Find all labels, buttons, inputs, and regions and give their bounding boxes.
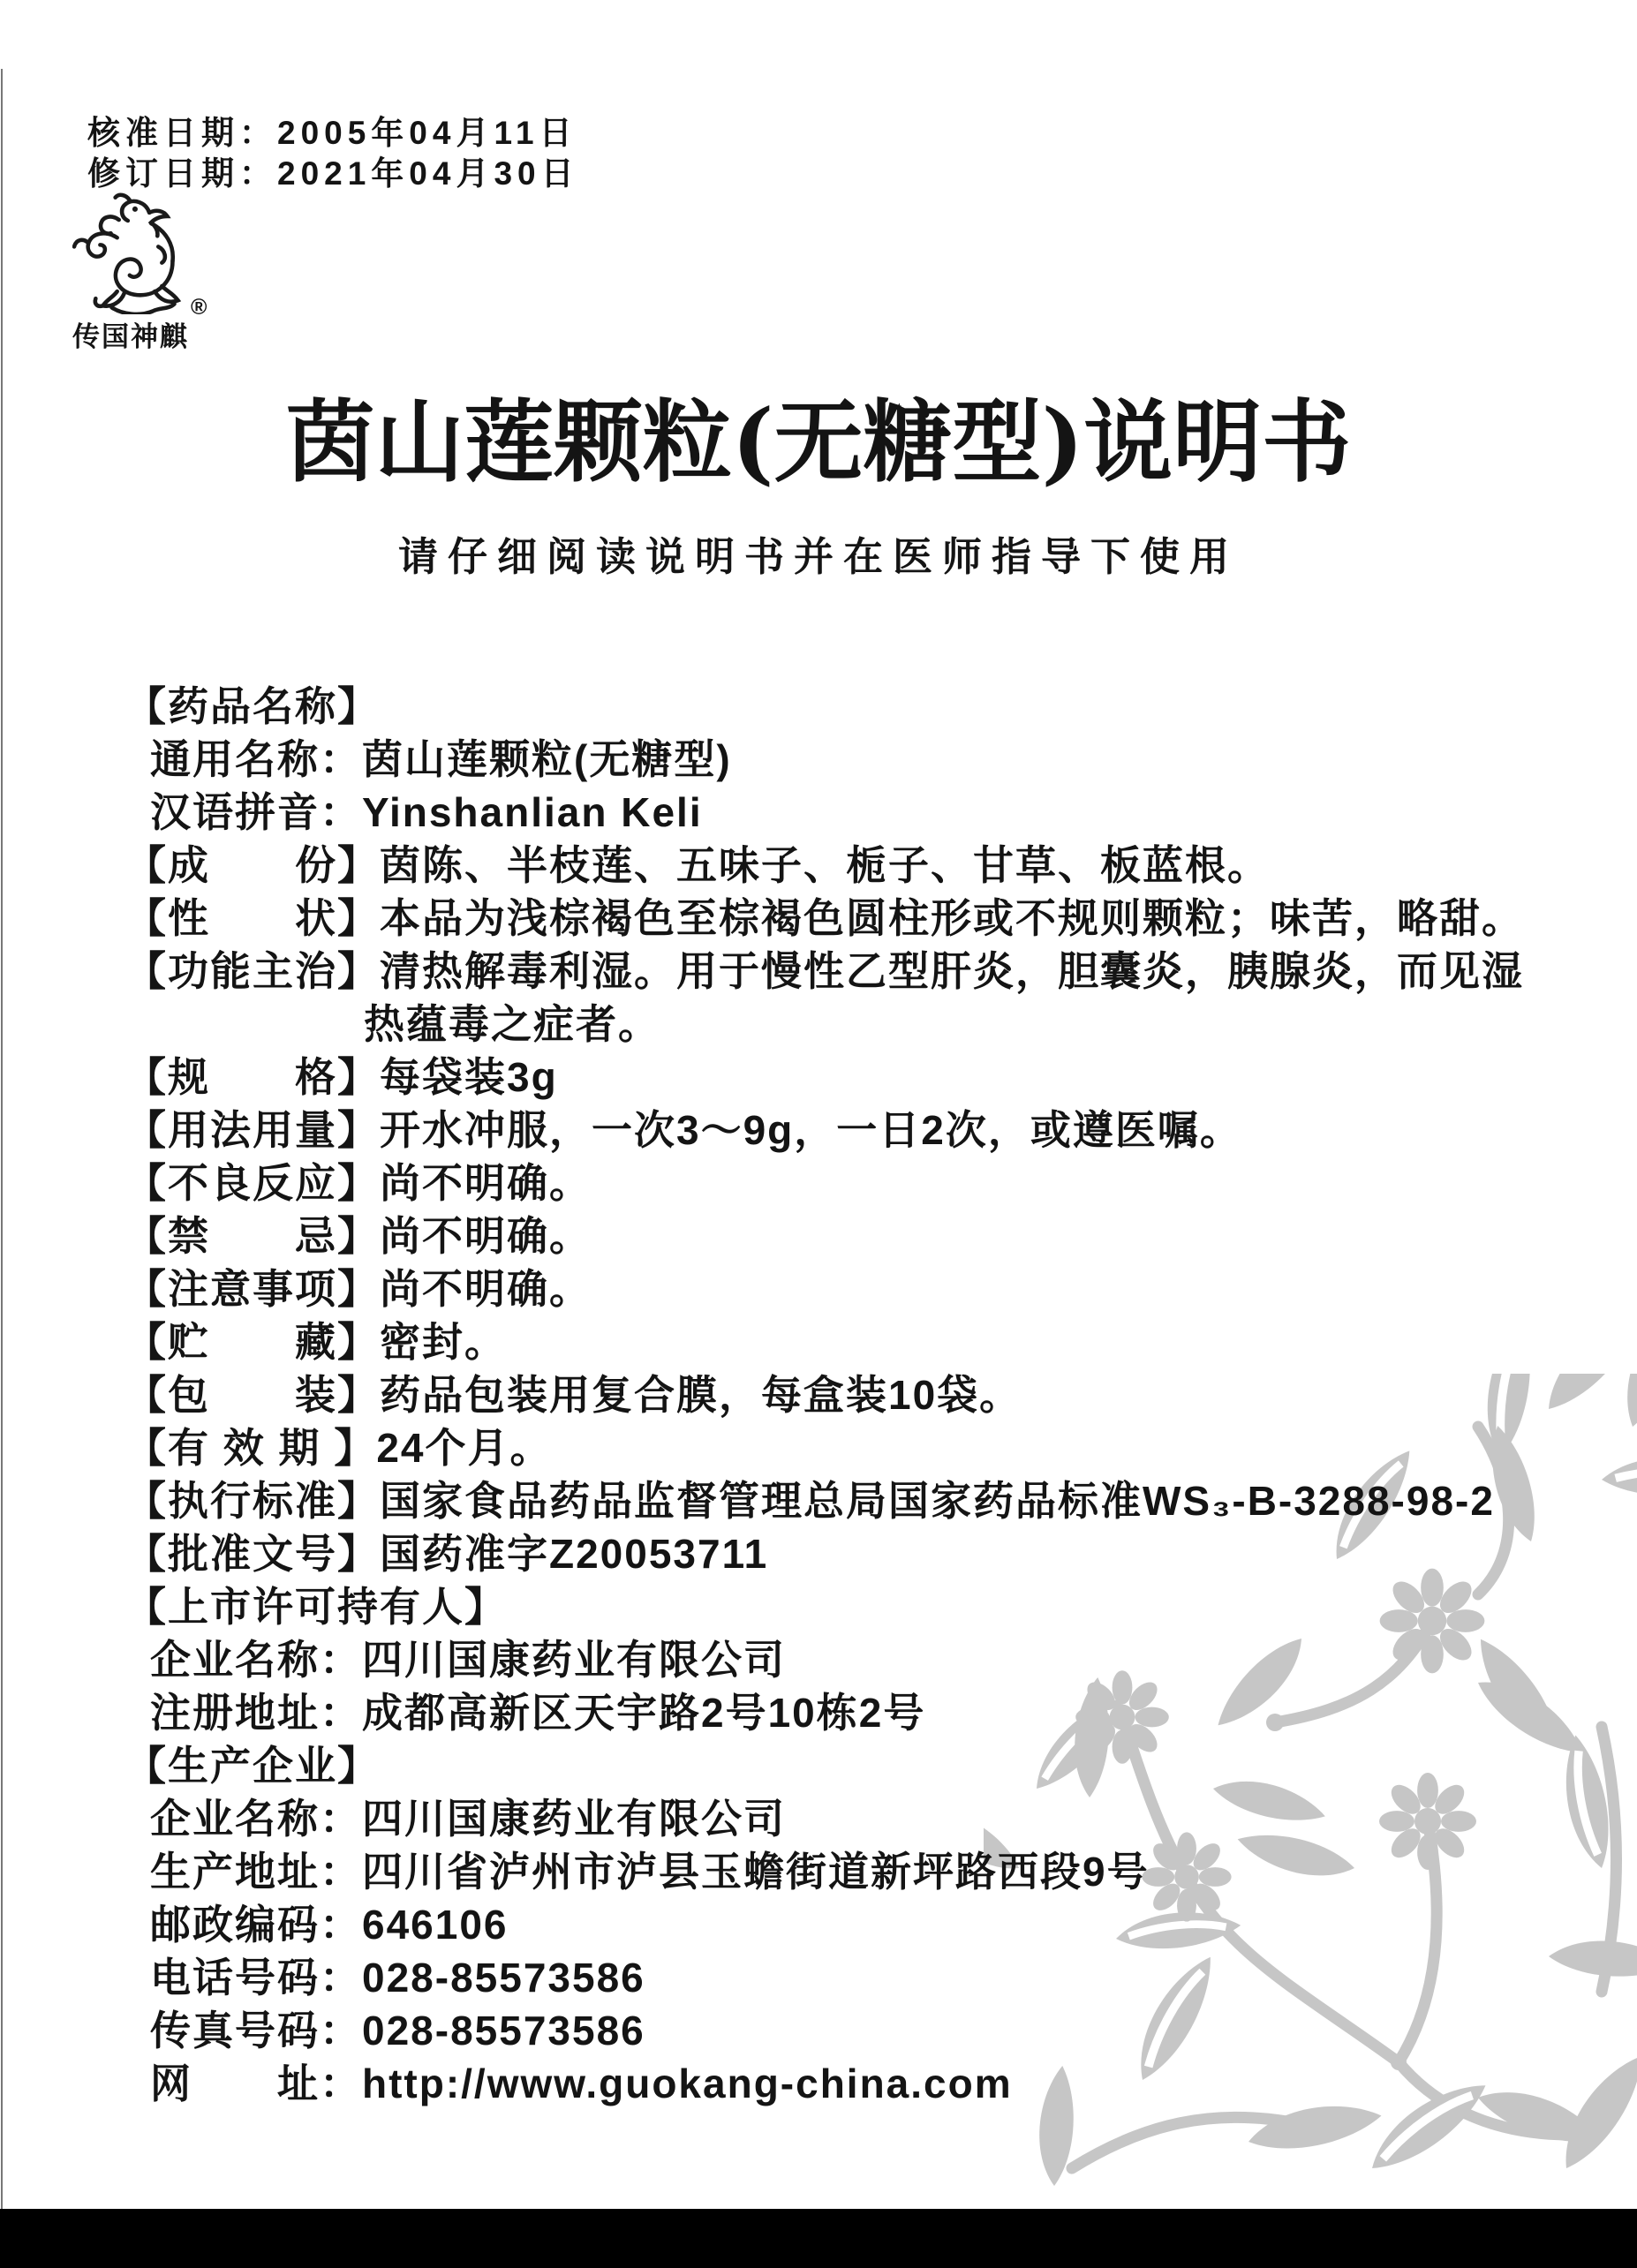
field-value: Yinshanlian Keli [362,789,703,835]
leaflet-line: 【禁 忌】尚不明确。 [0,1209,1637,1262]
field-label: 注册地址： [150,1690,362,1736]
field-label: 【包 装】 [125,1372,380,1418]
leaflet-line: 【生产企业】 [0,1739,1637,1792]
field-label: 【规 格】 [125,1054,380,1100]
field-value: 028-85573586 [362,2008,645,2053]
field-value: 四川国康药业有限公司 [362,1796,786,1842]
field-label: 【性 状】 [125,895,380,941]
revision-date: 修订日期：2021年04月30日 [87,154,579,194]
field-label: 【药品名称】 [125,683,380,729]
leaflet-line: 【不良反应】尚不明确。 [0,1157,1637,1209]
field-label: 传真号码： [150,2008,362,2053]
field-label: 【用法用量】 [125,1107,380,1153]
field-value: 清热解毒利湿。用于慢性乙型肝炎，胆囊炎，胰腺炎，而见湿 [380,948,1524,994]
leaflet-line: 传真号码：028-85573586 [0,2004,1637,2057]
field-value: 药品包装用复合膜，每盒装10袋。 [380,1372,1022,1418]
field-value: http://www.guokang-china.com [362,2061,1013,2106]
field-value: 开水冲服，一次3～9g，一日2次，或遵医嘱。 [380,1107,1242,1153]
field-value: 国家食品药品监督管理总局国家药品标准WS₃-B-3288-98-2 [380,1478,1495,1524]
leaflet-line: 【注意事项】尚不明确。 [0,1262,1637,1315]
leaflet-line: 【成 份】茵陈、半枝莲、五味子、栀子、甘草、板蓝根。 [0,839,1637,892]
leaflet-line: 通用名称：茵山莲颗粒(无糖型) [0,733,1637,786]
field-label: 生产地址： [150,1849,362,1895]
leaflet-line: 网 址：http://www.guokang-china.com [0,2057,1637,2110]
header-dates: 核准日期：2005年04月11日 修订日期：2021年04月30日 [87,113,579,194]
field-label: 【有 效 期 】 [125,1425,376,1471]
field-label: 邮政编码： [150,1902,362,1948]
leaflet-line: 【包 装】药品包装用复合膜，每盒装10袋。 [0,1368,1637,1421]
field-value: 四川省泸州市泸县玉蟾街道新坪路西段9号 [362,1849,1150,1895]
field-label: 电话号码： [150,1955,362,2001]
field-label: 网 址： [150,2061,362,2106]
leaflet-line: 汉语拼音：Yinshanlian Keli [0,786,1637,839]
leaflet-line: 注册地址：成都高新区天宇路2号10栋2号 [0,1686,1637,1739]
field-value: 茵山莲颗粒(无糖型) [362,736,732,782]
field-value: 每袋装3g [380,1054,558,1100]
field-value: 24个月。 [376,1425,552,1471]
field-label: 汉语拼音： [150,789,362,835]
field-value: 成都高新区天宇路2号10栋2号 [362,1690,925,1736]
field-value: 热蕴毒之症者。 [364,1001,660,1047]
field-label: 【生产企业】 [125,1743,380,1789]
field-value: 尚不明确。 [380,1266,592,1312]
leaflet-line: 【有 效 期 】24个月。 [0,1421,1637,1474]
leaflet-line: 【上市许可持有人】 [0,1580,1637,1633]
field-label: 【不良反应】 [125,1160,380,1206]
field-value: 国药准字Z20053711 [380,1531,768,1577]
field-value: 茵陈、半枝莲、五味子、栀子、甘草、板蓝根。 [380,842,1270,888]
field-label: 企业名称： [150,1637,362,1683]
field-label: 【贮 藏】 [125,1319,380,1365]
field-value: 本品为浅棕褐色至棕褐色圆柱形或不规则颗粒；味苦，略甜。 [380,895,1524,941]
leaflet-line: 企业名称：四川国康药业有限公司 [0,1633,1637,1686]
field-value: 尚不明确。 [380,1160,592,1206]
qilin-logo-icon [72,192,207,314]
field-value: 尚不明确。 [380,1213,592,1259]
field-label: 【上市许可持有人】 [125,1584,507,1630]
field-label: 【功能主治】 [125,948,380,994]
field-label: 【成 份】 [125,842,380,888]
brand-logo: ® 传国神麒 [72,192,249,354]
leaflet-line: 【药品名称】 [0,680,1637,733]
bottom-bar [0,2209,1637,2268]
field-value: 四川国康药业有限公司 [362,1637,786,1683]
field-label: 【注意事项】 [125,1266,380,1312]
leaflet-line: 【用法用量】开水冲服，一次3～9g，一日2次，或遵医嘱。 [0,1104,1637,1157]
field-label: 【禁 忌】 [125,1213,380,1259]
leaflet-line: 【批准文号】国药准字Z20053711 [0,1527,1637,1580]
leaflet-body: 【药品名称】通用名称：茵山莲颗粒(无糖型)汉语拼音：Yinshanlian Ke… [0,680,1637,2110]
field-label: 【批准文号】 [125,1531,380,1577]
usage-warning: 请仔细阅读说明书并在医师指导下使用 [0,524,1637,582]
leaflet-line: 【贮 藏】密封。 [0,1315,1637,1368]
field-label: 通用名称： [150,736,362,782]
leaflet-line: 生产地址：四川省泸州市泸县玉蟾街道新坪路西段9号 [0,1845,1637,1898]
leaflet-line: 【执行标准】国家食品药品监督管理总局国家药品标准WS₃-B-3288-98-2 [0,1474,1637,1527]
leaflet-line: 企业名称：四川国康药业有限公司 [0,1792,1637,1845]
registered-trademark-mark: ® [191,295,207,320]
leaflet-line: 电话号码：028-85573586 [0,1951,1637,2004]
leaflet-line: 【规 格】每袋装3g [0,1051,1637,1104]
field-value: 646106 [362,1902,509,1948]
brand-name: 传国神麒 [72,314,249,354]
leaflet-line: 【功能主治】清热解毒利湿。用于慢性乙型肝炎，胆囊炎，胰腺炎，而见湿 [0,945,1637,998]
field-value: 密封。 [380,1319,507,1365]
field-label: 企业名称： [150,1796,362,1842]
field-value: 028-85573586 [362,1955,645,2001]
leaflet-line: 邮政编码：646106 [0,1898,1637,1951]
field-label: 【执行标准】 [125,1478,380,1524]
leaflet-page: 核准日期：2005年04月11日 修订日期：2021年04月30日 [0,0,1637,2268]
leaflet-line: 【性 状】本品为浅棕褐色至棕褐色圆柱形或不规则颗粒；味苦，略甜。 [0,892,1637,945]
page-title: 茵山莲颗粒(无糖型)说明书 [0,371,1637,499]
leaflet-line: 热蕴毒之症者。 [0,998,1637,1051]
approval-date: 核准日期：2005年04月11日 [87,113,579,154]
